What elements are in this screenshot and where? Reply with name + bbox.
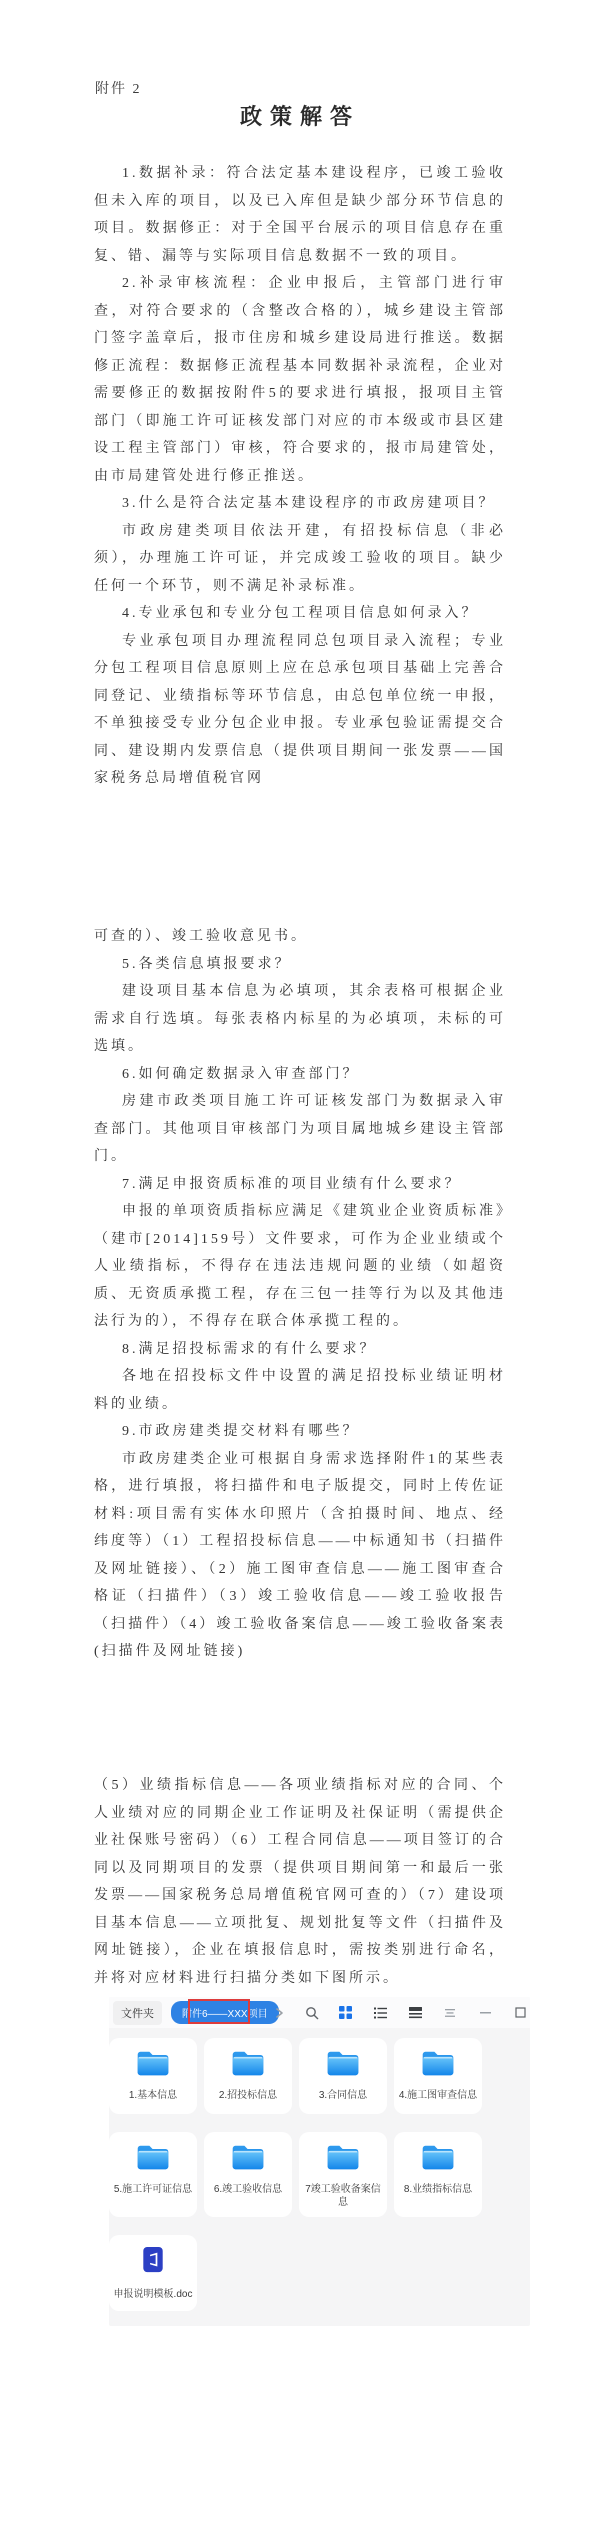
minimize-icon[interactable] [478,2006,492,2020]
folder-icon [325,2143,361,2177]
paragraph: 可查的）、竣工验收意见书。 [94,923,506,951]
folder-icon [420,2049,456,2083]
maximize-icon[interactable] [513,2006,527,2020]
paragraph: 1.数据补录：符合法定基本建设程序，已竣工验收但未入库的项目，以及已入库但是缺少… [94,160,506,270]
folder-icon [420,2143,456,2177]
toolbar [272,1997,530,2028]
folder-label: 4.施工图审查信息 [399,2089,477,2102]
paragraph: 市政房建类项目依法开建，有招投标信息（非必须），办理施工许可证，并完成竣工验收的… [94,518,506,601]
grid-view-icon[interactable] [338,2006,352,2020]
detail-view-icon[interactable] [408,2006,422,2020]
file-grid: 1.基本信息 2.招投标信息 3.合同信息 4.施工图审查信息 5.施工许可证信… [109,2028,530,2311]
folder-icon [135,2143,171,2177]
folder-label: 7竣工验收备案信息 [302,2183,384,2209]
chevron-right-icon[interactable] [272,2006,286,2020]
folder-item[interactable]: 4.施工图审查信息 [394,2038,482,2114]
folder-label: 2.招投标信息 [219,2089,277,2102]
paragraph: 6.如何确定数据录入审查部门？ [94,1061,506,1089]
list-view-icon[interactable] [373,2006,387,2020]
paragraph: 4.专业承包和专业分包工程项目信息如何录入？ [94,600,506,628]
paragraph: 专业承包项目办理流程同总包项目录入流程；专业分包工程项目信息原则上应在总承包项目… [94,628,506,793]
folder-label: 6.竣工验收信息 [214,2183,282,2196]
text-block-2: 可查的）、竣工验收意见书。 5.各类信息填报要求？ 建设项目基本信息为必填项，其… [94,923,506,1666]
file-manager-titlebar: 文件夹 附件6——XXX项目 [109,1997,530,2028]
folder-label: 5.施工许可证信息 [114,2183,192,2196]
folder-item[interactable]: 2.招投标信息 [204,2038,292,2114]
folder-item[interactable]: 3.合同信息 [299,2038,387,2114]
paragraph: 3.什么是符合法定基本建设程序的市政房建项目？ [94,490,506,518]
word-doc-icon [140,2246,166,2282]
folder-icon [325,2049,361,2083]
folder-icon [135,2049,171,2083]
paragraph: 2.补录审核流程：企业申报后，主管部门进行审查，对符合要求的（含整改合格的），城… [94,270,506,490]
folder-label: 8.业绩指标信息 [404,2183,472,2196]
paragraph: 7.满足申报资质标准的项目业绩有什么要求？ [94,1171,506,1199]
folder-label: 1.基本信息 [129,2089,177,2102]
sort-icon[interactable] [443,2006,457,2020]
folder-label: 3.合同信息 [319,2089,367,2102]
search-icon[interactable] [305,2006,319,2020]
paragraph: 申报的单项资质指标应满足《建筑业企业资质标准》（建市[2014]159号）文件要… [94,1198,506,1336]
tab-active-project[interactable]: 附件6——XXX项目 [171,2001,279,2024]
folder-item[interactable]: 5.施工许可证信息 [109,2132,197,2217]
file-item-doc[interactable]: 申报说明模板.doc [109,2235,197,2311]
paragraph: （5）业绩指标信息——各项业绩指标对应的合同、个人业绩对应的同期企业工作证明及社… [94,1772,506,1992]
tab-folders[interactable]: 文件夹 [113,2001,162,2025]
folder-icon [230,2049,266,2083]
paragraph: 5.各类信息填报要求？ [94,951,506,979]
attachment-label: 附件 2 [95,78,142,98]
file-label: 申报说明模板.doc [114,2288,193,2301]
text-block-1: 1.数据补录：符合法定基本建设程序，已竣工验收但未入库的项目，以及已入库但是缺少… [94,160,506,793]
text-block-3: （5）业绩指标信息——各项业绩指标对应的合同、个人业绩对应的同期企业工作证明及社… [94,1772,506,1992]
paragraph: 房建市政类项目施工许可证核发部门为数据录入审查部门。其他项目审核部门为项目属地城… [94,1088,506,1171]
document-page: 附件 2 政策解答 1.数据补录：符合法定基本建设程序，已竣工验收但未入库的项目… [0,0,600,2546]
folder-item[interactable]: 6.竣工验收信息 [204,2132,292,2217]
folder-item[interactable]: 8.业绩指标信息 [394,2132,482,2217]
paragraph: 9.市政房建类提交材料有哪些？ [94,1418,506,1446]
paragraph: 建设项目基本信息为必填项，其余表格可根据企业需求自行选填。每张表格内标星的为必填… [94,978,506,1061]
folder-item[interactable]: 7竣工验收备案信息 [299,2132,387,2217]
file-manager-screenshot: 文件夹 附件6——XXX项目 [109,1997,530,2326]
paragraph: 8.满足招投标需求的有什么要求？ [94,1336,506,1364]
paragraph: 各地在招投标文件中设置的满足招投标业绩证明材料的业绩。 [94,1363,506,1418]
folder-icon [230,2143,266,2177]
file-manager-content: 1.基本信息 2.招投标信息 3.合同信息 4.施工图审查信息 5.施工许可证信… [109,2028,530,2326]
folder-item[interactable]: 1.基本信息 [109,2038,197,2114]
page-title: 政策解答 [0,100,600,131]
paragraph: 市政房建类企业可根据自身需求选择附件1的某些表格，进行填报，将扫描件和电子版提交… [94,1446,506,1666]
